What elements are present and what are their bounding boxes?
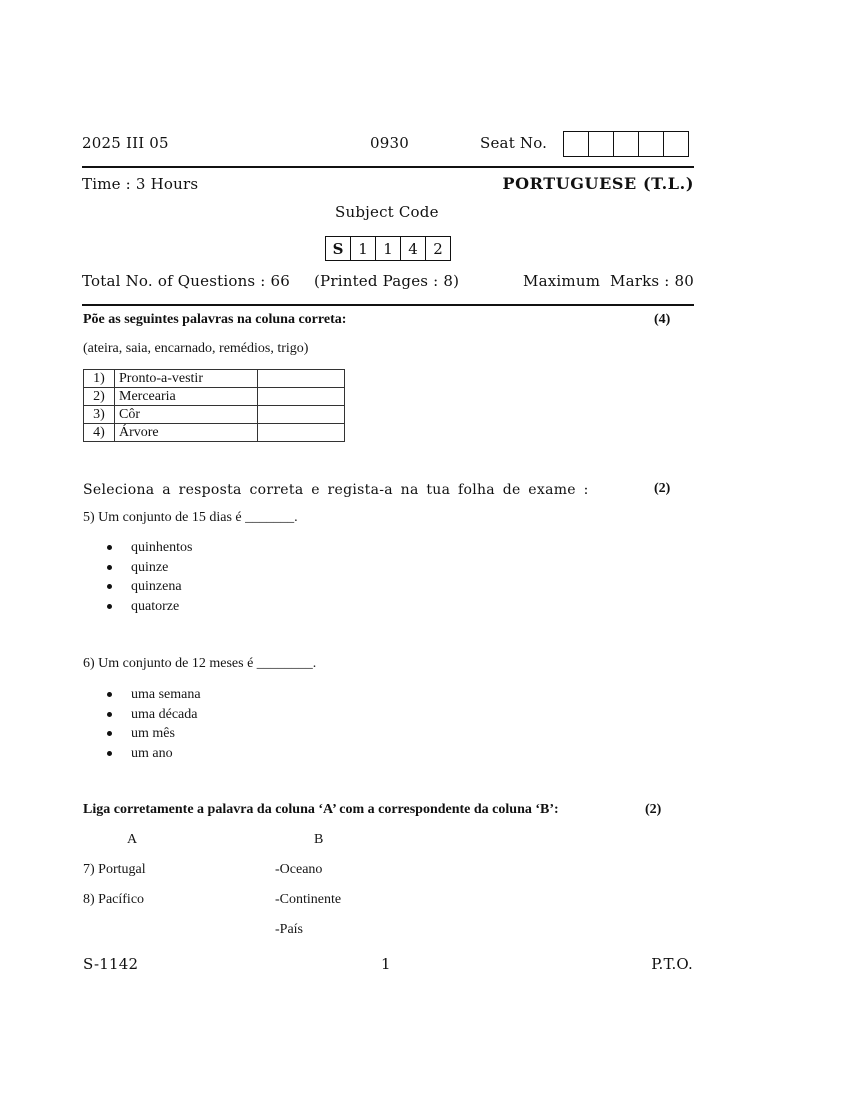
option[interactable]: quatorze: [107, 597, 192, 617]
word-table: 1) Pronto-a-vestir 2) Mercearia 3) Côr 4…: [83, 369, 345, 442]
row-answer-cell[interactable]: [258, 406, 345, 424]
row-answer-cell[interactable]: [258, 424, 345, 442]
section2-instruction: Seleciona a resposta correta e regista-a…: [83, 482, 589, 498]
section1-instruction: Põe as seguintes palavras na coluna corr…: [83, 312, 346, 328]
total-questions: Total No. of Questions : 66: [82, 272, 290, 290]
bullet-icon: [107, 751, 112, 756]
seat-box[interactable]: [564, 132, 589, 156]
question-5: 5) Um conjunto de 15 dias é _______.: [83, 510, 298, 526]
row-number: 3): [84, 406, 115, 424]
seat-number-boxes[interactable]: [563, 131, 689, 157]
page-number: 1: [381, 955, 391, 973]
subject-code-char: 2: [426, 237, 450, 260]
column-a-item: 7) Portugal: [83, 862, 146, 878]
column-b-item: -Continente: [275, 892, 341, 908]
please-turn-over: P.T.O.: [651, 955, 693, 973]
option[interactable]: uma semana: [107, 685, 201, 705]
option-label: uma década: [131, 707, 197, 722]
option-label: quinze: [131, 560, 168, 575]
option[interactable]: um ano: [107, 744, 201, 764]
subject-title: PORTUGUESE (T.L.): [502, 174, 694, 193]
table-row: 4) Árvore: [84, 424, 345, 442]
header-divider-bottom: [82, 304, 694, 306]
option-label: quatorze: [131, 599, 179, 614]
question-5-options: quinhentos quinze quinzena quatorze: [107, 538, 192, 616]
option[interactable]: quinhentos: [107, 538, 192, 558]
option-label: quinhentos: [131, 540, 192, 555]
time-label: Time : 3 Hours: [82, 175, 198, 193]
column-a-header: A: [127, 832, 137, 848]
bullet-icon: [107, 692, 112, 697]
option-label: um ano: [131, 746, 173, 761]
table-row: 1) Pronto-a-vestir: [84, 370, 345, 388]
seat-box[interactable]: [664, 132, 688, 156]
subject-code-char: 1: [351, 237, 376, 260]
section3-instruction: Liga corretamente a palavra da coluna ‘A…: [83, 802, 559, 818]
seat-label: Seat No.: [480, 134, 547, 152]
seat-box[interactable]: [589, 132, 614, 156]
section2-marks: (2): [654, 481, 670, 497]
time-code: 0930: [370, 134, 409, 152]
seat-box[interactable]: [639, 132, 664, 156]
option[interactable]: uma década: [107, 705, 201, 725]
subject-code-char: 4: [401, 237, 426, 260]
row-number: 1): [84, 370, 115, 388]
bullet-icon: [107, 712, 112, 717]
row-answer-cell[interactable]: [258, 388, 345, 406]
column-a-item: 8) Pacífico: [83, 892, 144, 908]
row-word: Mercearia: [115, 388, 258, 406]
seat-box[interactable]: [614, 132, 639, 156]
bullet-icon: [107, 731, 112, 736]
question-6: 6) Um conjunto de 12 meses é ________.: [83, 656, 316, 672]
option[interactable]: quinzena: [107, 577, 192, 597]
exam-code: 2025 III 05: [82, 134, 169, 152]
maximum-marks: Maximum Marks : 80: [523, 272, 694, 290]
word-bank: (ateira, saia, encarnado, remédios, trig…: [83, 341, 308, 357]
subject-code-label: Subject Code: [335, 203, 439, 221]
row-answer-cell[interactable]: [258, 370, 345, 388]
option[interactable]: quinze: [107, 558, 192, 578]
row-word: Côr: [115, 406, 258, 424]
footer-code: S-1142: [83, 955, 138, 973]
row-word: Árvore: [115, 424, 258, 442]
bullet-icon: [107, 584, 112, 589]
subject-code-boxes: S 1 1 4 2: [325, 236, 451, 261]
bullet-icon: [107, 545, 112, 550]
table-row: 3) Côr: [84, 406, 345, 424]
row-number: 2): [84, 388, 115, 406]
option-label: um mês: [131, 726, 175, 741]
subject-code-char: 1: [376, 237, 401, 260]
option-label: uma semana: [131, 687, 201, 702]
table-row: 2) Mercearia: [84, 388, 345, 406]
printed-pages: (Printed Pages : 8): [314, 272, 459, 290]
column-b-item: -País: [275, 922, 303, 938]
bullet-icon: [107, 604, 112, 609]
option[interactable]: um mês: [107, 724, 201, 744]
column-b-item: -Oceano: [275, 862, 322, 878]
row-number: 4): [84, 424, 115, 442]
row-word: Pronto-a-vestir: [115, 370, 258, 388]
bullet-icon: [107, 565, 112, 570]
option-label: quinzena: [131, 579, 182, 594]
header-divider: [82, 166, 694, 168]
subject-code-char: S: [326, 237, 351, 260]
section1-marks: (4): [654, 312, 670, 328]
column-b-header: B: [314, 832, 323, 848]
section3-marks: (2): [645, 802, 661, 818]
question-6-options: uma semana uma década um mês um ano: [107, 685, 201, 763]
